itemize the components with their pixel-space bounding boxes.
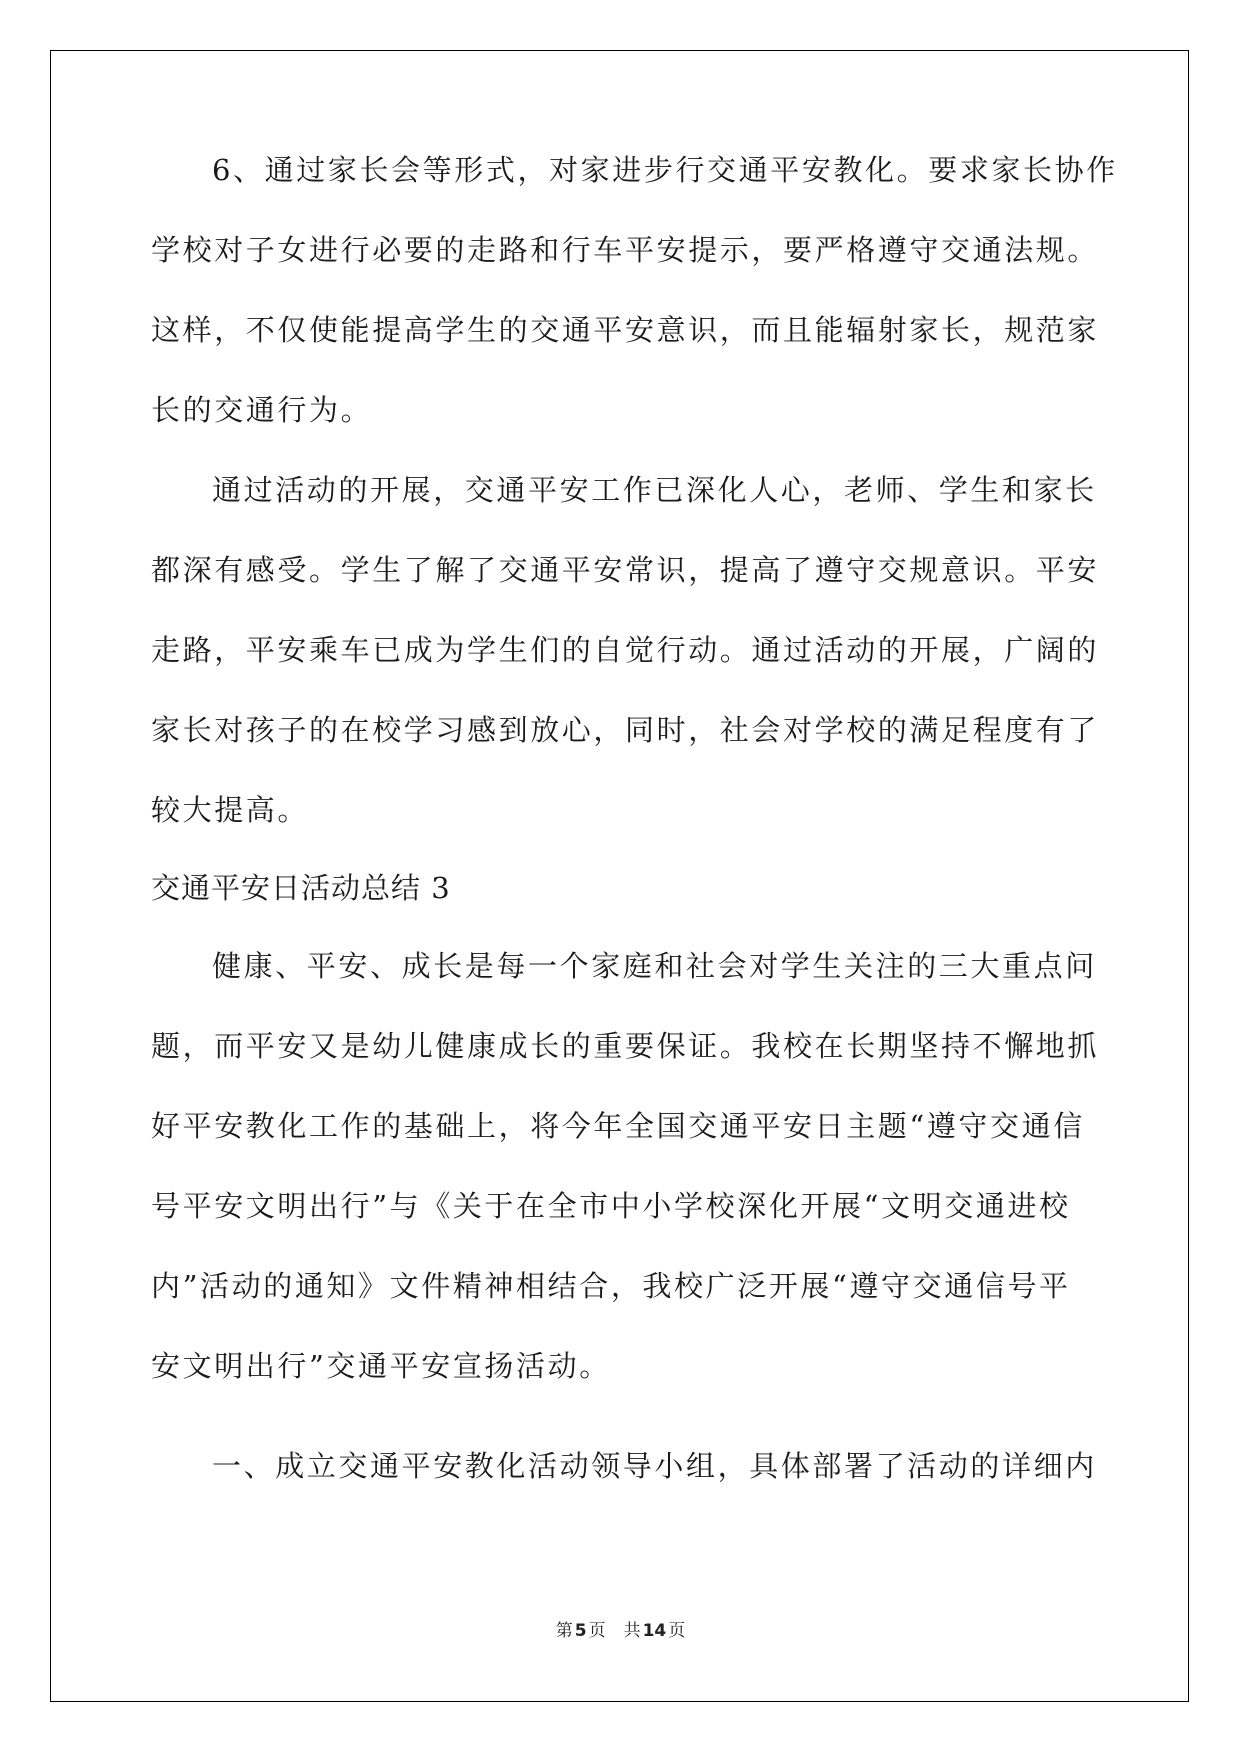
- paragraph-line: 长的交通行为。: [151, 392, 372, 428]
- total-suffix: 页: [668, 1621, 685, 1641]
- section-heading: 交通平安日活动总结 3: [151, 870, 451, 906]
- paragraph-line: 内”活动的通知》文件精神相结合，我校广泛开展“遵守交通信号平: [151, 1268, 1071, 1304]
- page-suffix: 页: [589, 1621, 606, 1641]
- paragraph-line: 较大提高。: [151, 792, 309, 828]
- paragraph-line: 号平安文明出行”与《关于在全市中小学校深化开展“文明交通进校: [151, 1188, 1071, 1224]
- paragraph-line: 学校对子女进行必要的走路和行车平安提示，要严格遵守交通法规。: [151, 232, 1099, 268]
- current-page-number: 5: [573, 1621, 589, 1641]
- paragraph-line: 这样，不仅使能提高学生的交通平安意识，而且能辐射家长，规范家: [151, 312, 1099, 348]
- paragraph-line: 安文明出行”交通平安宣扬活动。: [151, 1348, 611, 1384]
- page-prefix: 第: [556, 1621, 573, 1641]
- paragraph-line: 6、通过家长会等形式，对家进步行交通平安教化。要求家长协作: [212, 152, 1118, 188]
- paragraph-line: 通过活动的开展，交通平安工作已深化人心，老师、学生和家长: [212, 472, 1097, 508]
- paragraph-line: 都深有感受。学生了解了交通平安常识，提高了遵守交规意识。平安: [151, 552, 1099, 588]
- paragraph-line: 健康、平安、成长是每一个家庭和社会对学生关注的三大重点问: [212, 948, 1097, 984]
- paragraph-line: 好平安教化工作的基础上，将今年全国交通平安日主题“遵守交通信: [151, 1108, 1085, 1144]
- paragraph-line: 一、成立交通平安教化活动领导小组，具体部署了活动的详细内: [212, 1448, 1097, 1484]
- total-pages-number: 14: [641, 1621, 669, 1641]
- paragraph-line: 题，而平安又是幼儿健康成长的重要保证。我校在长期坚持不懈地抓: [151, 1028, 1099, 1064]
- paragraph-line: 家长对孩子的在校学习感到放心，同时，社会对学校的满足程度有了: [151, 712, 1099, 748]
- page-footer: 第5页共14页: [0, 1620, 1241, 1642]
- paragraph-line: 走路，平安乘车已成为学生们的自觉行动。通过活动的开展，广阔的: [151, 632, 1099, 668]
- total-prefix: 共: [624, 1621, 641, 1641]
